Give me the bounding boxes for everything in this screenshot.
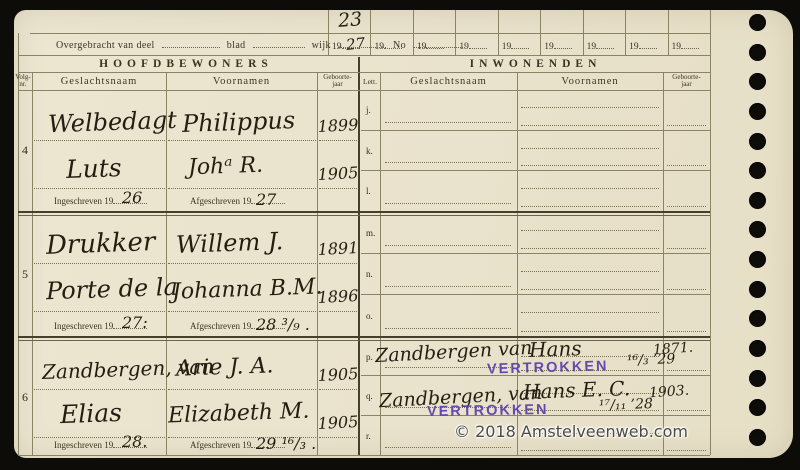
column-header-voornamen: Voornamen	[166, 72, 317, 90]
volgnr: 4	[18, 90, 32, 211]
label-text: Ingeschreven 19	[54, 440, 113, 450]
dotted-line	[639, 40, 657, 49]
inwonenden-row: q. Zandbergen, van Hans E. C. 1903. VERT…	[361, 376, 710, 416]
dotted-line	[521, 230, 659, 231]
punch-hole	[749, 44, 766, 61]
surname-handwritten: Luts	[66, 153, 123, 184]
dotted-line	[319, 389, 357, 390]
punch-hole	[749, 310, 766, 327]
year-prefix: 19	[629, 42, 639, 52]
afgeschreven-year-handwritten: 27	[256, 190, 276, 209]
punch-hole	[749, 251, 766, 268]
punch-hole	[749, 162, 766, 179]
dotted-line	[34, 311, 165, 312]
volgnr: 6	[18, 339, 32, 455]
letter-label: j.	[366, 105, 371, 115]
column-header-text: jaar	[681, 81, 692, 89]
dotted-line	[681, 40, 699, 49]
dotted-line	[319, 188, 357, 189]
inwonenden-row: o.	[361, 295, 710, 336]
dotted-line	[319, 437, 357, 438]
firstnames-handwritten: Hans	[529, 336, 582, 362]
year-cell	[668, 10, 710, 33]
letter-label: k.	[366, 146, 373, 156]
year-cell	[413, 10, 455, 33]
letter-label: l.	[366, 186, 371, 196]
dotted-line	[168, 188, 316, 189]
transfer-line: Overgebracht van deel blad wijk No	[56, 39, 465, 51]
dotted-line	[667, 289, 706, 290]
dotted-line	[34, 140, 165, 141]
dotted-line	[521, 248, 659, 249]
label-text: Afgeschreven 19	[190, 321, 251, 331]
surname-handwritten: Drukker	[46, 227, 156, 261]
birthyear-handwritten: 1905	[317, 163, 360, 184]
letter-label: q.	[366, 391, 373, 401]
inwonenden-row: k.	[361, 131, 710, 171]
dotted-line	[319, 263, 357, 264]
dotted-line	[385, 122, 511, 123]
punch-hole	[749, 73, 766, 90]
dotted-line	[34, 263, 165, 264]
punch-hole	[749, 370, 766, 387]
year-prefix: 19	[672, 42, 682, 52]
handwritten-page-number: 23	[337, 8, 363, 32]
dotted-line	[168, 311, 316, 312]
copyright-watermark: © 2018 Amstelveenweb.com	[454, 422, 688, 441]
section-title-inwonenden: INWONENDEN	[361, 58, 710, 70]
dotted-line	[667, 450, 706, 451]
inwonenden-row: j.	[361, 90, 710, 131]
inwonenden-row: l.	[361, 171, 710, 211]
dotted-line	[667, 125, 706, 126]
year-prefix: 19	[502, 42, 512, 52]
birthyear-handwritten: 1891	[317, 238, 360, 259]
birthyear-handwritten: 1905	[317, 364, 360, 385]
column-header-geslachtsnaam: Geslachtsnaam	[32, 72, 166, 90]
dotted-line	[521, 165, 659, 166]
hoofdbewoners-block: 5 Drukker Willem J. 1891 Porte de la Joh…	[18, 213, 358, 336]
punch-hole	[749, 133, 766, 150]
transfer-label: wijk	[312, 40, 331, 51]
year-prefix: 19	[587, 42, 597, 52]
punch-hole	[749, 399, 766, 416]
year-cell: 23	[328, 10, 370, 33]
year-cell: 19	[625, 33, 667, 55]
volgnr: 5	[18, 213, 32, 336]
hoofdbewoners-block: 4 Welbedagt Philippus 1899 Luts Johᵃ R. …	[18, 90, 358, 211]
dotted-line	[554, 40, 572, 49]
firstnames-handwritten: Elizabeth M.	[168, 399, 310, 429]
dotted-line	[385, 245, 511, 246]
punch-hole	[749, 429, 766, 446]
inwonenden-row: m.	[361, 213, 710, 254]
population-register-card: 23 19 27 19 19 19 19 19 19 19 19 Overgeb…	[14, 10, 793, 458]
column-header-text: jaar	[332, 81, 343, 89]
year-cell: 19	[668, 33, 710, 55]
ingeschreven-year-handwritten: 28.	[122, 432, 147, 451]
year-cell	[625, 10, 667, 33]
grid-line	[18, 55, 710, 56]
year-grid-top-row: 23	[328, 10, 710, 33]
dotted-line	[667, 410, 706, 411]
punch-hole	[749, 14, 766, 31]
transfer-label: Overgebracht van deel	[56, 40, 155, 51]
dotted-line	[521, 271, 659, 272]
punch-hole	[749, 221, 766, 238]
dotted-line	[319, 140, 357, 141]
firstnames-handwritten: Philippus	[182, 106, 296, 138]
dotted-line	[168, 140, 316, 141]
label-text: Ingeschreven 19	[54, 196, 113, 206]
surname-handwritten: Elias	[60, 398, 123, 429]
surname-handwritten: Porte de la	[46, 273, 179, 306]
dotted-line	[521, 125, 659, 126]
dotted-line	[596, 40, 614, 49]
dotted-line	[168, 389, 316, 390]
departure-date-handwritten: ¹⁶/₃ ’29	[627, 351, 676, 369]
column-header-geslachtsnaam: Geslachtsnaam	[380, 72, 517, 90]
punch-hole	[749, 340, 766, 357]
punch-hole	[749, 192, 766, 209]
dotted-line	[667, 331, 706, 332]
column-header-text: nr.	[19, 81, 26, 89]
dotted-line	[521, 312, 659, 313]
firstnames-handwritten: Willem J.	[176, 227, 284, 259]
letter-label: n.	[366, 269, 373, 279]
transfer-label: blad	[227, 40, 246, 51]
column-header-volgnr: Volg- nr.	[14, 72, 32, 90]
dotted-line	[521, 107, 659, 108]
year-prefix: 19	[544, 42, 554, 52]
birthyear-handwritten: 1905	[317, 412, 360, 433]
dotted-line	[667, 165, 706, 166]
firstnames-handwritten: Johᵃ R.	[188, 153, 264, 181]
firstnames-handwritten: Arie J. A.	[176, 353, 274, 381]
inwonenden-row: n.	[361, 254, 710, 295]
dotted-line	[319, 311, 357, 312]
year-cell	[455, 10, 497, 33]
dotted-line	[413, 39, 465, 48]
dotted-line	[521, 148, 659, 149]
vertrokken-stamp: VERTROKKEN	[487, 358, 609, 377]
dotted-line	[385, 203, 511, 204]
label-text: Ingeschreven 19	[54, 321, 113, 331]
birthyear-handwritten: 1896	[317, 286, 360, 307]
dotted-line	[521, 450, 659, 451]
dotted-line	[667, 248, 706, 249]
firstnames-handwritten: Johanna B.M.	[172, 274, 323, 304]
punch-hole	[749, 281, 766, 298]
dotted-line	[34, 389, 165, 390]
letter-label: m.	[366, 228, 375, 238]
dotted-line	[521, 331, 659, 332]
year-cell	[583, 10, 625, 33]
afgeschreven-year-handwritten: 29 ¹⁶/₃ .	[256, 434, 316, 453]
ingeschreven-year-handwritten: 27:	[122, 313, 148, 332]
birthyear-handwritten: 1903.	[648, 383, 689, 402]
dotted-line	[385, 162, 511, 163]
column-header-geboortejaar: Geboorte- jaar	[663, 72, 710, 90]
dotted-line	[521, 289, 659, 290]
column-header-lett: Lett.	[360, 72, 380, 90]
hoofdbewoners-block: 6 Zandbergen, van Arie J. A. 1905 Elias …	[18, 339, 358, 455]
dotted-line	[34, 188, 165, 189]
grid-line	[18, 455, 710, 456]
birthyear-handwritten: 1899	[317, 115, 360, 136]
dotted-line	[385, 328, 511, 329]
dotted-line	[667, 206, 706, 207]
letter-label: r.	[366, 431, 371, 441]
dotted-line	[469, 40, 487, 49]
dotted-line	[385, 447, 511, 448]
punch-holes	[749, 14, 766, 446]
departure-date-handwritten: ¹⁷/₁₁ ’28	[599, 396, 653, 414]
dotted-line	[521, 188, 659, 189]
section-title-hoofdbewoners: HOOFDBEWONERS	[14, 58, 358, 70]
dotted-line	[667, 370, 706, 371]
label-text: Afgeschreven 19	[190, 196, 251, 206]
year-cell: 19	[540, 33, 582, 55]
dotted-line	[511, 40, 529, 49]
dotted-line	[338, 39, 386, 48]
column-header-geboortejaar: Geboorte- jaar	[317, 72, 358, 90]
dotted-line	[168, 263, 316, 264]
dotted-line	[385, 286, 511, 287]
year-cell	[540, 10, 582, 33]
year-cell	[370, 10, 412, 33]
inwonenden-row: p. Zandbergen van Hans 1871. VERTROKKEN …	[361, 339, 710, 376]
afgeschreven-year-handwritten: 28 ³/₉ .	[256, 315, 310, 334]
dotted-line	[162, 39, 220, 48]
transfer-label: No	[393, 40, 406, 51]
letter-label: o.	[366, 311, 373, 321]
dotted-line	[253, 39, 305, 48]
column-header-voornamen: Voornamen	[517, 72, 663, 90]
year-cell: 19	[583, 33, 625, 55]
grid-line	[710, 10, 711, 455]
year-cell: 19	[498, 33, 540, 55]
punch-hole	[749, 103, 766, 120]
letter-label: p.	[366, 352, 373, 362]
ingeschreven-year-handwritten: 26	[122, 188, 142, 207]
label-text: Afgeschreven 19	[190, 440, 251, 450]
year-cell	[498, 10, 540, 33]
dotted-line	[521, 206, 659, 207]
surname-handwritten: Welbedagt	[48, 106, 178, 138]
